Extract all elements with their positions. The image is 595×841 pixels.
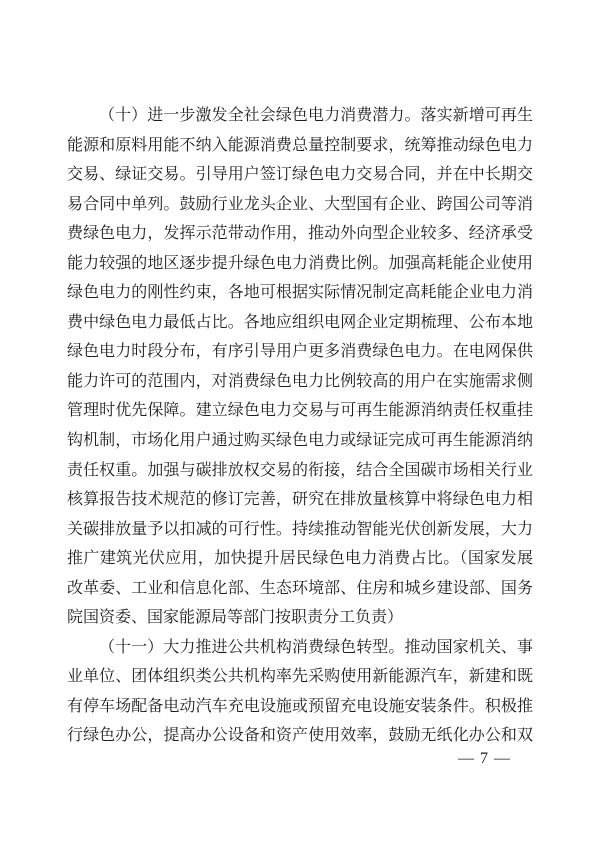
- text-line: 费中绿色电力最低占比。各地应组织电网企业定期梳理、公布本地: [67, 308, 533, 338]
- page-number: — 7 —: [458, 749, 511, 769]
- text-line: 行绿色办公，提高办公设备和资产使用效率，鼓励无纸化办公和双: [67, 721, 533, 751]
- text-line: 管理时优先保障。建立绿色电力交易与可再生能源消纳责任权重挂: [67, 396, 533, 426]
- text-line: 易合同中单列。鼓励行业龙头企业、大型国有企业、跨国公司等消: [67, 190, 533, 220]
- text-line: 交易、绿证交易。引导用户签订绿色电力交易合同，并在中长期交: [67, 160, 533, 190]
- text-line: （十一）大力推进公共机构消费绿色转型。推动国家机关、事: [67, 633, 533, 663]
- text-line: 绿色电力时段分布，有序引导用户更多消费绿色电力。在电网保供: [67, 337, 533, 367]
- text-line: 业单位、团体组织类公共机构率先采购使用新能源汽车，新建和既: [67, 662, 533, 692]
- text-line: 院国资委、国家能源局等部门按职责分工负责）: [67, 603, 533, 633]
- text-line: 核算报告技术规范的修订完善，研究在排放量核算中将绿色电力相: [67, 485, 533, 515]
- text-line: 关碳排放量予以扣减的可行性。持续推动智能光伏创新发展，大力: [67, 515, 533, 545]
- text-line: 钩机制，市场化用户通过购买绿色电力或绿证完成可再生能源消纳: [67, 426, 533, 456]
- text-line: 绿色电力的刚性约束，各地可根据实际情况制定高耗能企业电力消: [67, 278, 533, 308]
- text-line: 有停车场配备电动汽车充电设施或预留充电设施安装条件。积极推: [67, 692, 533, 722]
- text-line: 责任权重。加强与碳排放权交易的衔接，结合全国碳市场相关行业: [67, 456, 533, 486]
- text-line: 能力许可的范围内，对消费绿色电力比例较高的用户在实施需求侧: [67, 367, 533, 397]
- text-line: 能力较强的地区逐步提升绿色电力消费比例。加强高耗能企业使用: [67, 249, 533, 279]
- document-page: （十）进一步激发全社会绿色电力消费潜力。落实新增可再生能源和原料用能不纳入能源消…: [0, 0, 595, 841]
- text-line: 改革委、工业和信息化部、生态环境部、住房和城乡建设部、国务: [67, 574, 533, 604]
- text-line: 推广建筑光伏应用，加快提升居民绿色电力消费占比。（国家发展: [67, 544, 533, 574]
- text-line: 能源和原料用能不纳入能源消费总量控制要求，统筹推动绿色电力: [67, 131, 533, 161]
- text-line: 费绿色电力，发挥示范带动作用，推动外向型企业较多、经济承受: [67, 219, 533, 249]
- text-line: （十）进一步激发全社会绿色电力消费潜力。落实新增可再生: [67, 101, 533, 131]
- document-body: （十）进一步激发全社会绿色电力消费潜力。落实新增可再生能源和原料用能不纳入能源消…: [67, 101, 533, 751]
